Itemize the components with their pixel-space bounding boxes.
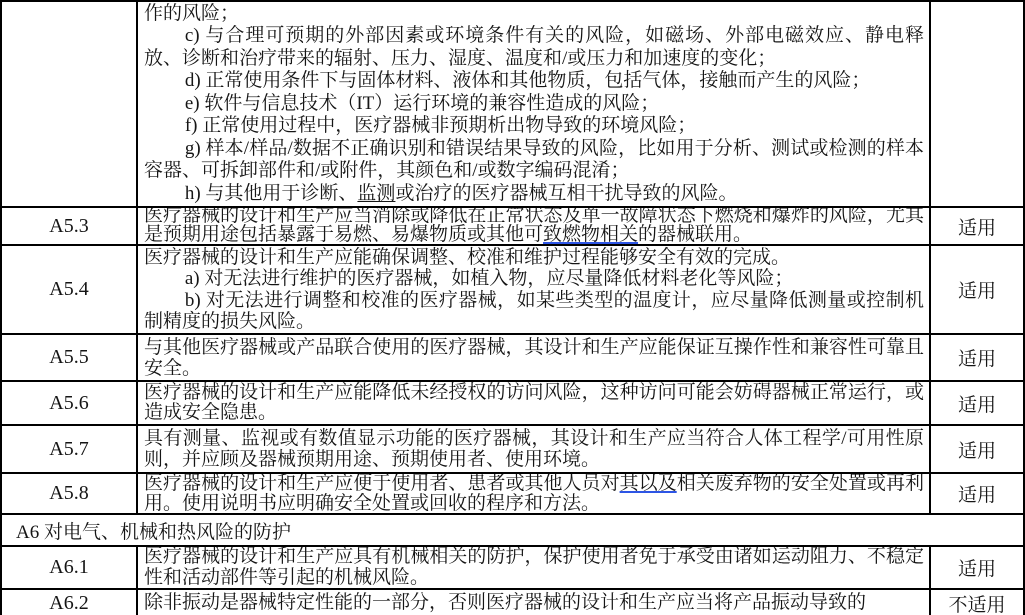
item-id: A5.5 <box>2 335 138 380</box>
item-id: A5.3 <box>2 208 138 244</box>
requirement-list-item-f: f) 正常使用过程中，医疗器械非预期析出物导致的环境风险； <box>144 115 924 138</box>
requirement-text-cell: 除非振动是器械特定性能的一部分，否则医疗器械的设计和生产应当将产品振动导致的 <box>138 590 931 615</box>
underlined-term: 致燃物相关 <box>543 224 638 244</box>
table-row-a6-2: A6.2 除非振动是器械特定性能的一部分，否则医疗器械的设计和生产应当将产品振动… <box>2 590 1023 615</box>
requirement-text-cell: 医疗器械的设计和生产应便于使用者、患者或其他人员对其以及相关废弃物的安全处置或再… <box>138 474 931 513</box>
underlined-term: 其以及 <box>620 474 677 494</box>
requirement-text-cell: 作的风险； c) 与合理可预期的外部因素或环境条件有关的风险，如磁场、外部电磁效… <box>138 2 931 206</box>
item-id: A5.6 <box>2 382 138 424</box>
status-value: 不适用 <box>931 590 1023 615</box>
status-value: 适用 <box>931 474 1023 513</box>
status-value: 适用 <box>931 547 1023 588</box>
requirement-list-item-c: c) 与合理可预期的外部因素或环境条件有关的风险，如磁场、外部电磁效应、静电释放… <box>144 25 924 70</box>
table-row-a5-3: A5.3 医疗器械的设计和生产应当消除或降低在正常状态及单一故障状态下燃烧和爆炸… <box>2 208 1023 246</box>
requirement-text: 医疗器械的设计和生产应能确保调整、校准和维护过程能够安全有效的完成。 <box>144 247 924 268</box>
status-value: 适用 <box>931 382 1023 424</box>
requirement-text-cell: 具有测量、监视或有数值显示功能的医疗器械，其设计和生产应当符合人体工程学/可用性… <box>138 426 931 472</box>
requirement-text-cell: 医疗器械的设计和生产应能降低未经授权的访问风险，这种访问可能会妨碍器械正常运行，… <box>138 382 931 424</box>
status-value: 适用 <box>931 426 1023 472</box>
table-row-continuation: 作的风险； c) 与合理可预期的外部因素或环境条件有关的风险，如磁场、外部电磁效… <box>2 2 1023 208</box>
requirement-text-cell: 医疗器械的设计和生产应能确保调整、校准和维护过程能够安全有效的完成。 a) 对无… <box>138 246 931 333</box>
requirement-text: 医疗器械的设计和生产应能降低未经授权的访问风险，这种访问可能会妨碍器械正常运行，… <box>144 383 924 424</box>
requirement-text-cell: 医疗器械的设计和生产应具有机械相关的防护，保护使用者免于承受由诸如运动阻力、不稳… <box>138 547 931 588</box>
section-header-a6: A6 对电气、机械和热风险的防护 <box>2 515 1023 547</box>
requirement-list-item-e: e) 软件与信息技术（IT）运行环境的兼容性造成的风险； <box>144 93 924 116</box>
item-id: A5.4 <box>2 246 138 333</box>
table-row-a5-6: A5.6 医疗器械的设计和生产应能降低未经授权的访问风险，这种访问可能会妨碍器械… <box>2 382 1023 426</box>
requirement-text-cell: 与其他医疗器械或产品联合使用的医疗器械，其设计和生产应能保证互操作性和兼容性可靠… <box>138 335 931 380</box>
item-id: A5.7 <box>2 426 138 472</box>
requirement-text: 除非振动是器械特定性能的一部分，否则医疗器械的设计和生产应当将产品振动导致的 <box>144 592 924 613</box>
requirement-text: 具有测量、监视或有数值显示功能的医疗器械，其设计和生产应当符合人体工程学/可用性… <box>144 428 924 471</box>
requirement-text: 医疗器械的设计和生产应当消除或降低在正常状态及单一故障状态下燃烧和爆炸的风险，尤… <box>144 208 924 244</box>
requirements-checklist-table: 作的风险； c) 与合理可预期的外部因素或环境条件有关的风险，如磁场、外部电磁效… <box>0 0 1025 615</box>
requirement-text-cell: 医疗器械的设计和生产应当消除或降低在正常状态及单一故障状态下燃烧和爆炸的风险，尤… <box>138 208 931 244</box>
requirement-list-item-a: a) 对无法进行维护的医疗器械，如植入物，应尽量降低材料老化等风险； <box>144 268 924 289</box>
table-row-a5-8: A5.8 医疗器械的设计和生产应便于使用者、患者或其他人员对其以及相关废弃物的安… <box>2 474 1023 515</box>
status-value: 适用 <box>931 335 1023 380</box>
requirement-list-item-g: g) 样本/样品/数据不正确识别和错误结果导致的风险，比如用于分析、测试或检测的… <box>144 138 924 183</box>
status-cell-empty <box>931 2 1023 206</box>
requirement-list-item-h: h) 与其他用于诊断、监测或治疗的医疗器械互相干扰导致的风险。 <box>144 183 924 206</box>
item-id: A5.8 <box>2 474 138 513</box>
requirement-text: 医疗器械的设计和生产应便于使用者、患者或其他人员对其以及相关废弃物的安全处置或再… <box>144 474 924 512</box>
status-value: 适用 <box>931 208 1023 244</box>
table-row-a6-1: A6.1 医疗器械的设计和生产应具有机械相关的防护，保护使用者免于承受由诸如运动… <box>2 547 1023 590</box>
requirement-text: 与其他医疗器械或产品联合使用的医疗器械，其设计和生产应能保证互操作性和兼容性可靠… <box>144 337 924 379</box>
requirement-list-item-b: b) 对无法进行调整和校准的医疗器械，如某些类型的温度计，应尽量降低测量或控制机… <box>144 290 924 333</box>
requirement-text: 医疗器械的设计和生产应具有机械相关的防护，保护使用者免于承受由诸如运动阻力、不稳… <box>144 547 924 587</box>
item-id: A6.2 <box>2 590 138 615</box>
requirement-list-item-d: d) 正常使用条件下与固体材料、液体和其他物质，包括气体，接触而产生的风险； <box>144 70 924 93</box>
item-id-cell-empty <box>2 2 138 206</box>
status-value: 适用 <box>931 246 1023 333</box>
table-row-a5-5: A5.5 与其他医疗器械或产品联合使用的医疗器械，其设计和生产应能保证互操作性和… <box>2 335 1023 382</box>
underlined-term: 监测 <box>357 183 395 204</box>
table-row-a5-4: A5.4 医疗器械的设计和生产应能确保调整、校准和维护过程能够安全有效的完成。 … <box>2 246 1023 335</box>
requirement-text-line: 作的风险； <box>144 3 924 26</box>
table-row-a5-7: A5.7 具有测量、监视或有数值显示功能的医疗器械，其设计和生产应当符合人体工程… <box>2 426 1023 474</box>
item-id: A6.1 <box>2 547 138 588</box>
